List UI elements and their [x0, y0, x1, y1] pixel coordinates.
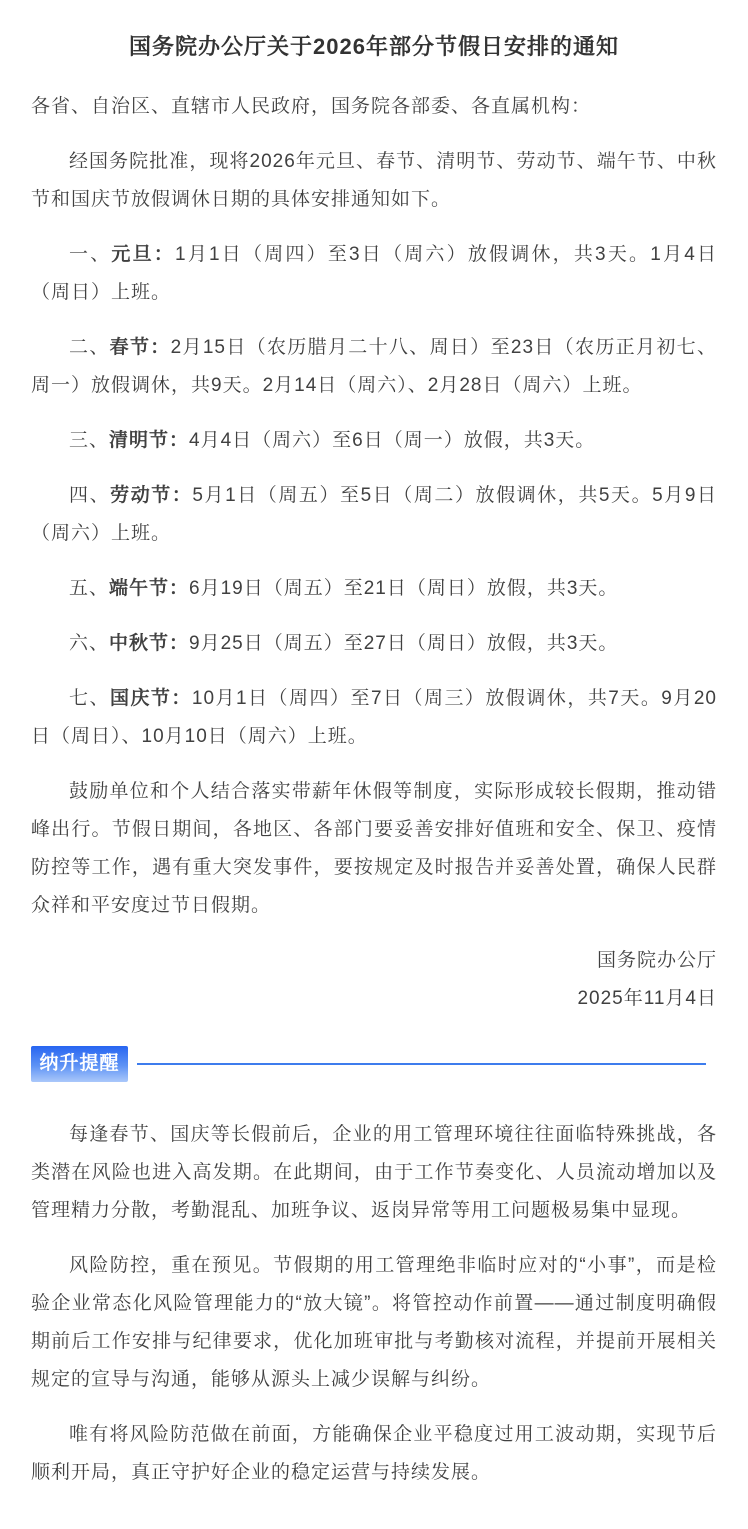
holiday-item-qingming: 三、清明节：4月4日（周六）至6日（周一）放假，共3天。	[31, 422, 717, 460]
page-title: 国务院办公厅关于2026年部分节假日安排的通知	[31, 30, 717, 64]
item-number: 六、	[69, 633, 109, 654]
reminder-badge: 纳升提醒	[31, 1046, 128, 1082]
item-detail: 9月25日（周五）至27日（周日）放假，共3天。	[189, 633, 618, 654]
holiday-item-labor-day: 四、劳动节：5月1日（周五）至5日（周二）放假调休，共5天。5月9日（周六）上班…	[31, 477, 717, 553]
item-detail: 4月4日（周六）至6日（周一）放假，共3天。	[189, 430, 595, 451]
signature-block: 国务院办公厅 2025年11月4日	[31, 942, 717, 1018]
notice-article: 国务院办公厅关于2026年部分节假日安排的通知 各省、自治区、直辖市人民政府，国…	[0, 0, 748, 1529]
reminder-paragraph: 唯有将风险防范做在前面，方能确保企业平稳度过用工波动期，实现节后顺利开局，真正守…	[31, 1416, 717, 1492]
reminder-paragraph: 每逢春节、国庆等长假前后，企业的用工管理环境往往面临特殊挑战，各类潜在风险也进入…	[31, 1116, 717, 1230]
item-holiday-name: 中秋节：	[109, 633, 189, 654]
item-holiday-name: 国庆节：	[110, 688, 192, 709]
item-number: 四、	[69, 485, 110, 506]
intro-paragraph: 经国务院批准，现将2026年元旦、春节、清明节、劳动节、端午节、中秋节和国庆节放…	[31, 143, 717, 219]
holiday-item-dragon-boat: 五、端午节：6月19日（周五）至21日（周日）放假，共3天。	[31, 570, 717, 608]
item-detail: 6月19日（周五）至21日（周日）放假，共3天。	[189, 578, 618, 599]
item-number: 五、	[69, 578, 109, 599]
item-number: 一、	[69, 244, 111, 265]
item-number: 二、	[69, 337, 110, 358]
item-holiday-name: 劳动节：	[110, 485, 192, 506]
item-holiday-name: 端午节：	[109, 578, 189, 599]
reminder-paragraph: 风险防控，重在预见。节假期的用工管理绝非临时应对的“小事”，而是检验企业常态化风…	[31, 1247, 717, 1399]
item-number: 七、	[69, 688, 110, 709]
divider-line	[137, 1063, 706, 1065]
reminder-section-header: 纳升提醒	[31, 1046, 717, 1082]
signer: 国务院办公厅	[31, 942, 717, 980]
holiday-item-mid-autumn: 六、中秋节：9月25日（周五）至27日（周日）放假，共3天。	[31, 625, 717, 663]
item-holiday-name: 春节：	[110, 337, 171, 358]
closing-paragraph: 鼓励单位和个人结合落实带薪年休假等制度，实际形成较长假期，推动错峰出行。节假日期…	[31, 773, 717, 925]
item-number: 三、	[69, 430, 109, 451]
notice-date: 2025年11月4日	[31, 980, 717, 1018]
holiday-item-spring-festival: 二、春节：2月15日（农历腊月二十八、周日）至23日（农历正月初七、周一）放假调…	[31, 329, 717, 405]
item-holiday-name: 元旦：	[111, 244, 175, 265]
item-holiday-name: 清明节：	[109, 430, 189, 451]
salutation: 各省、自治区、直辖市人民政府，国务院各部委、各直属机构：	[31, 88, 717, 126]
holiday-item-national-day: 七、国庆节：10月1日（周四）至7日（周三）放假调休，共7天。9月20日（周日）…	[31, 680, 717, 756]
holiday-item-new-year: 一、元旦：1月1日（周四）至3日（周六）放假调休，共3天。1月4日（周日）上班。	[31, 236, 717, 312]
